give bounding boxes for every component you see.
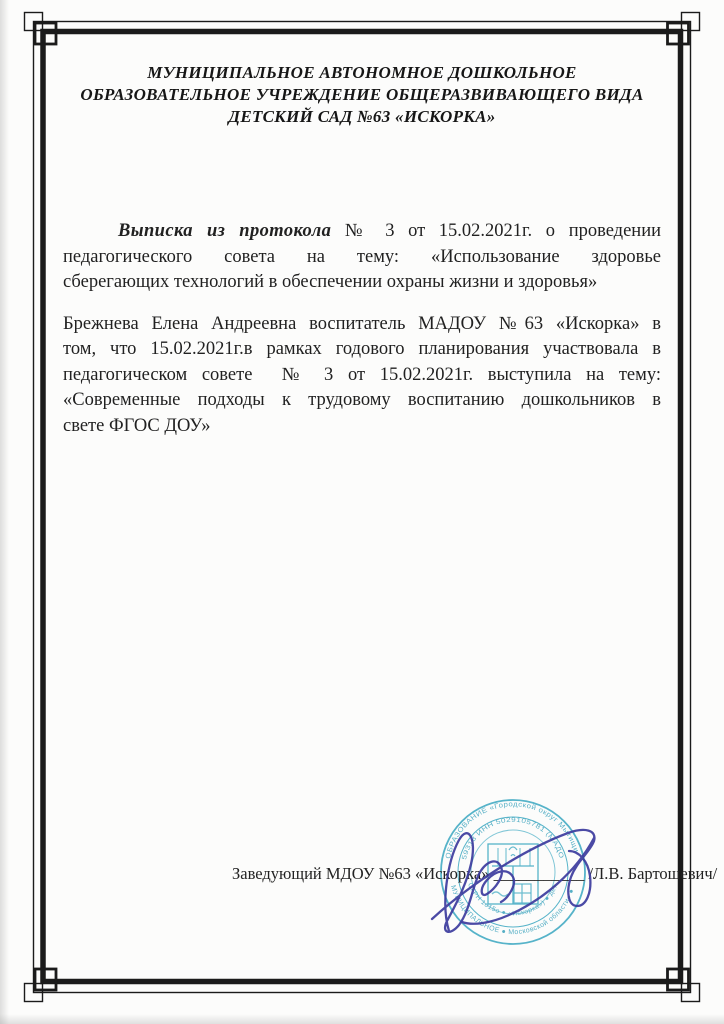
document-page: МУНИЦИПАЛЬНОЕ АВТОНОМНОЕ ДОШКОЛЬНОЕОБРАЗ…: [0, 0, 724, 1024]
handwritten-signature: [0, 0, 724, 1024]
